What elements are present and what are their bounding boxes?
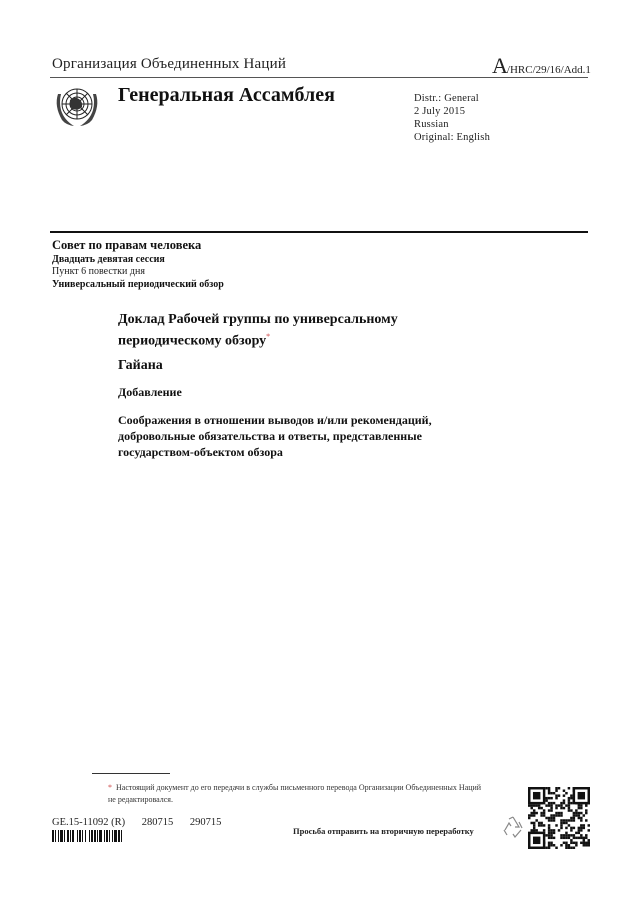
qr-code-icon [528, 787, 590, 849]
section-rule [50, 231, 588, 233]
date-2: 290715 [190, 817, 222, 828]
symbol-prefix: A [492, 53, 507, 78]
body-title: Генеральная Ассамблея [118, 84, 335, 107]
date-line: 2 July 2015 [414, 105, 490, 118]
job-number: GE.15-11092 (R) [52, 817, 125, 828]
distribution-block: Distr.: General 2 July 2015 Russian Orig… [414, 92, 490, 144]
report-title-text: Доклад Рабочей группы по универсальному … [118, 312, 398, 349]
symbol-rest: /HRC/29/16/Add.1 [507, 64, 591, 76]
organization-name: Организация Объединенных Наций [52, 56, 286, 73]
document-symbol: A/HRC/29/16/Add.1 [492, 53, 591, 79]
country-name: Гайана [118, 358, 163, 374]
topic: Универсальный периодический обзор [52, 279, 224, 290]
footnote-marker: * [108, 783, 112, 792]
footnote-rule [92, 773, 170, 774]
language-line: Russian [414, 118, 490, 131]
distr-line: Distr.: General [414, 92, 490, 105]
footnote: *Настоящий документ до его передачи в сл… [108, 782, 488, 806]
header-rule [50, 77, 588, 78]
date-1: 280715 [142, 817, 174, 828]
original-line: Original: English [414, 131, 490, 144]
addendum-label: Добавление [118, 385, 182, 400]
agenda-item: Пункт 6 повестки дня [52, 266, 145, 277]
footnote-text: Настоящий документ до его передачи в слу… [108, 783, 481, 804]
barcode-icon [52, 830, 162, 842]
job-number-line: GE.15-11092 (R) 280715 290715 [52, 817, 235, 828]
recycle-text: Просьба отправить на вторичную переработ… [293, 826, 474, 836]
subject-title: Соображения в отношении выводов и/или ре… [118, 412, 498, 460]
footnote-marker-link[interactable]: * [266, 332, 270, 341]
session-name: Двадцать девятая сессия [52, 254, 165, 265]
un-emblem-icon [52, 80, 102, 134]
council-name: Совет по правам человека [52, 238, 201, 253]
recycle-icon [500, 814, 526, 840]
report-title: Доклад Рабочей группы по универсальному … [118, 311, 458, 350]
